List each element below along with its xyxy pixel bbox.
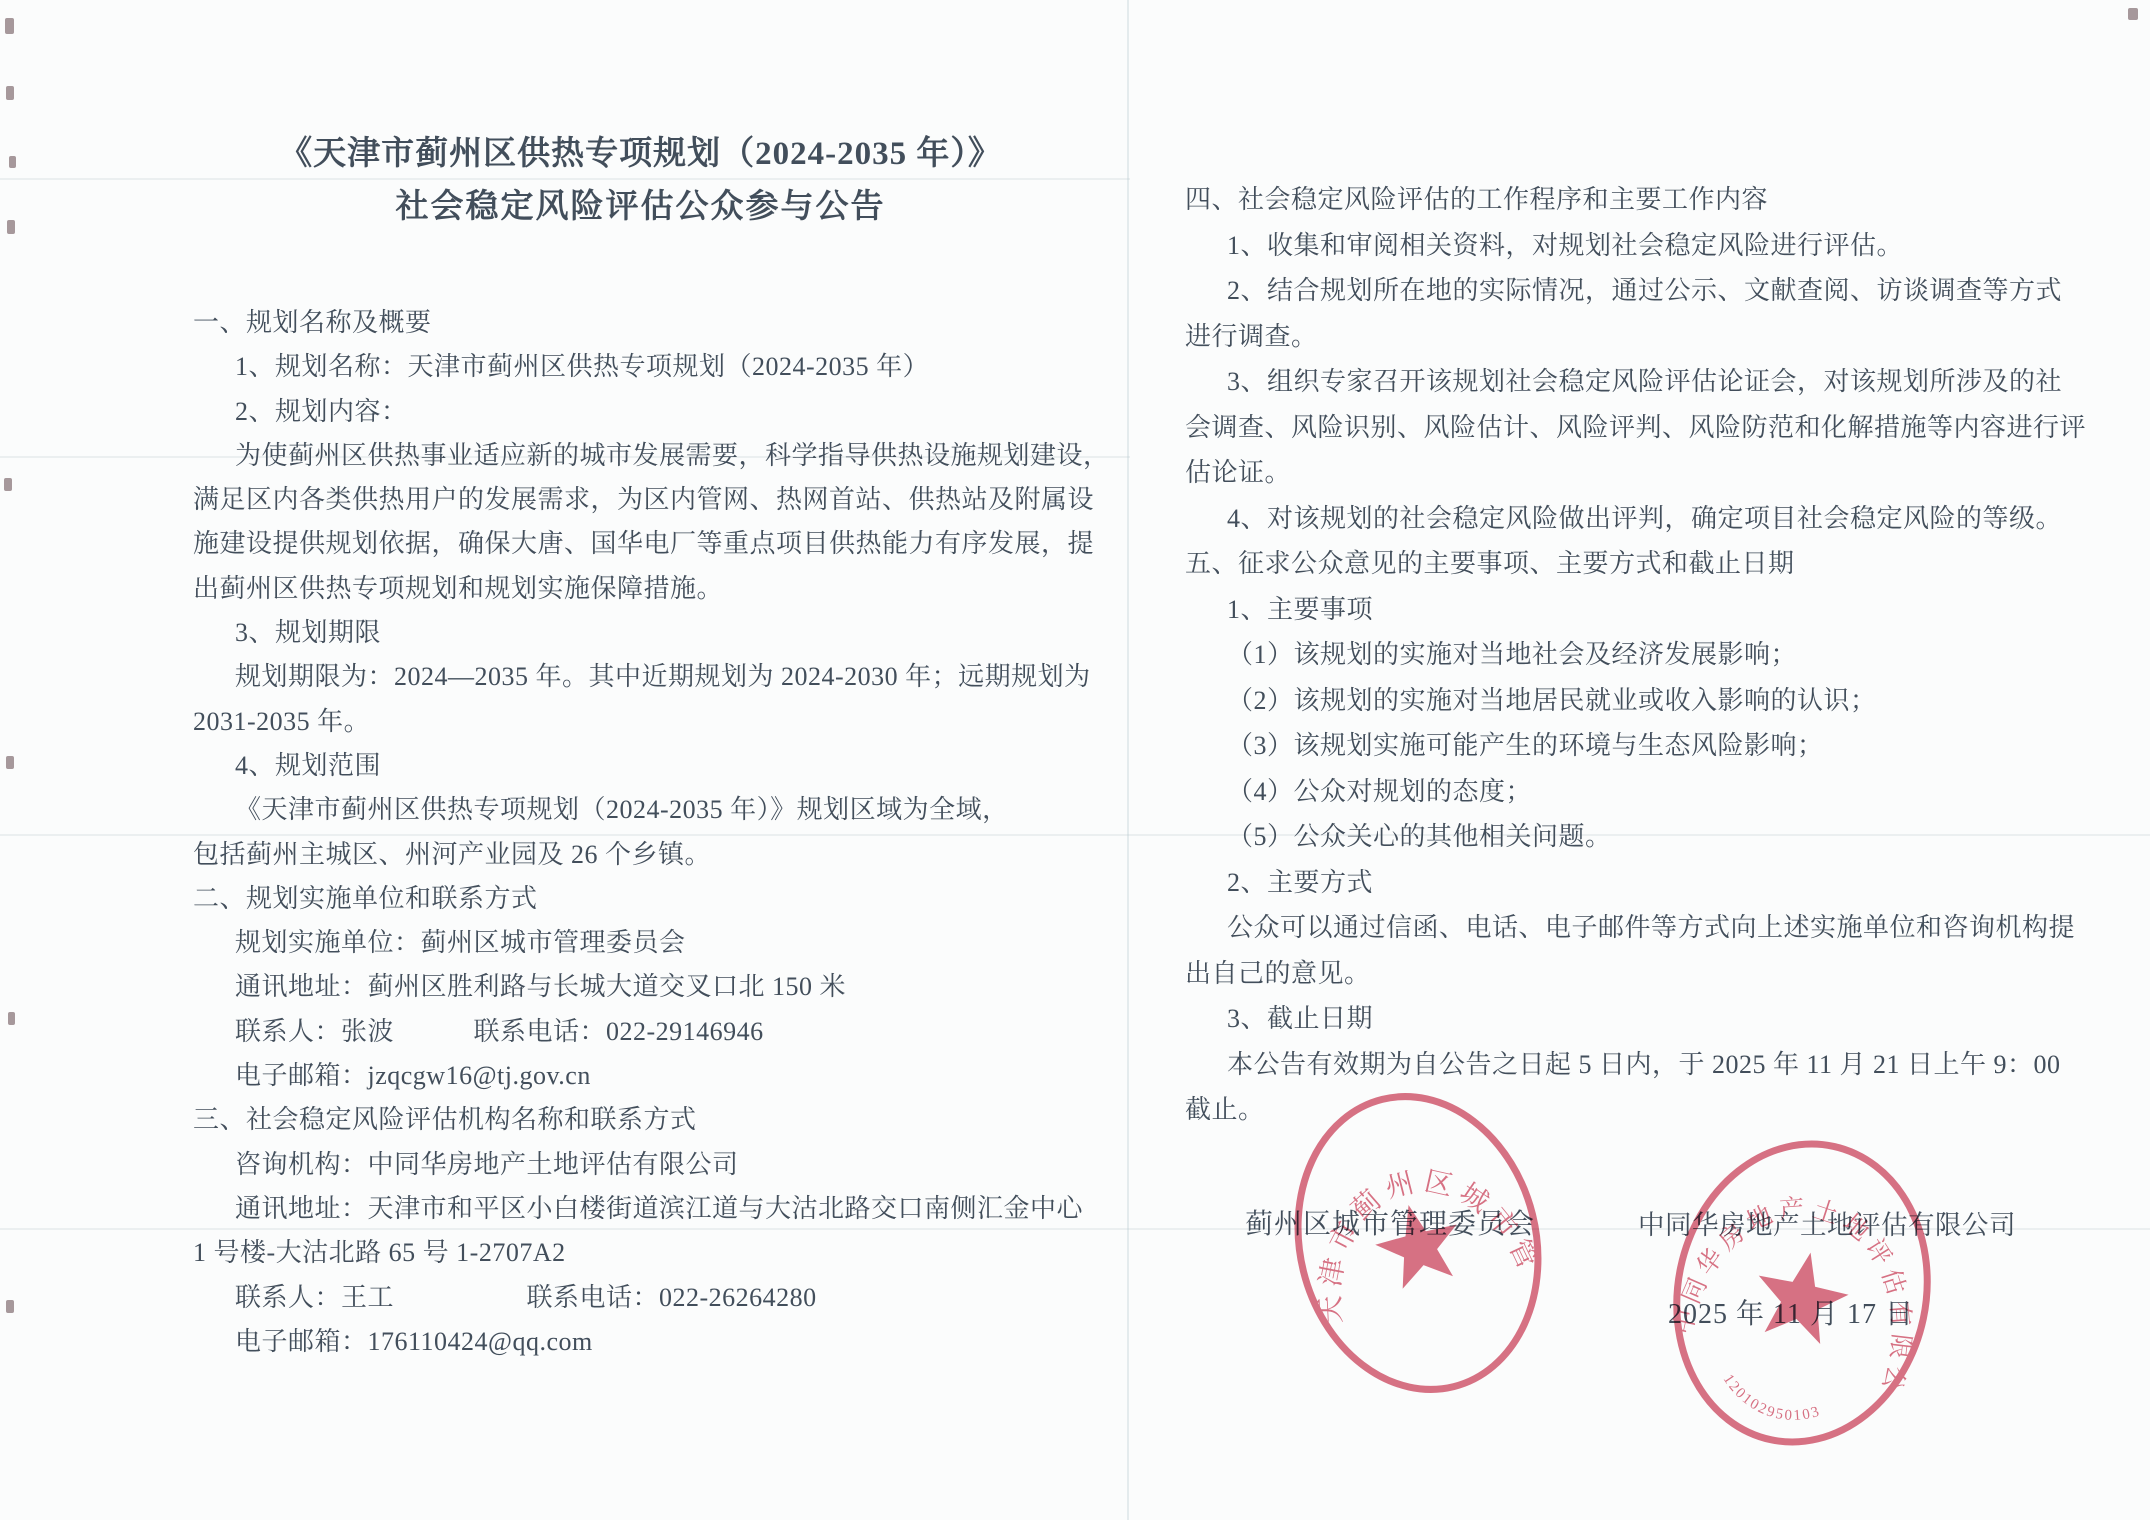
text-line: 1、主要事项	[1185, 587, 2080, 633]
stamp-ring-text: 天津市蓟州区城市管理委员会	[1268, 1078, 1548, 1342]
document-title-line1: 《天津市蓟州区供热专项规划（2024-2035 年）》	[193, 134, 1088, 174]
text-line: 一、规划名称及概要	[193, 301, 1088, 345]
text-line: 会调查、风险识别、风险估计、风险评判、风险防范和化解措施等内容进行评	[1185, 405, 2080, 451]
text-line: 《天津市蓟州区供热专项规划（2024-2035 年）》规划区域为全域，	[193, 788, 1088, 832]
text-line: 满足区内各类供热用户的发展需求，为区内管网、热网首站、供热站及附属设	[193, 478, 1088, 522]
scan-artifact	[8, 1012, 15, 1025]
scan-artifact	[5, 18, 14, 34]
text-line: 通讯地址：天津市和平区小白楼街道滨江道与大沽北路交口南侧汇金中心	[193, 1187, 1088, 1231]
text-line: 2、结合规划所在地的实际情况，通过公示、文献查阅、访谈调查等方式	[1185, 268, 2080, 314]
text-line: 通讯地址：蓟州区胜利路与长城大道交叉口北 150 米	[193, 965, 1088, 1009]
scan-artifact	[6, 1300, 14, 1313]
official-stamp-appraisal-company: 中同华房地产土地评估有限公司 120102950103	[1652, 1128, 1952, 1458]
text-line: 规划实施单位：蓟州区城市管理委员会	[193, 921, 1088, 965]
text-line: 电子邮箱：jzqcgw16@tj.gov.cn	[193, 1054, 1088, 1098]
scan-artifact	[6, 86, 14, 100]
right-column: 四、社会稳定风险评估的工作程序和主要工作内容1、收集和审阅相关资料，对规划社会稳…	[1185, 0, 2080, 1133]
scan-artifact	[7, 220, 15, 234]
right-column-text: 四、社会稳定风险评估的工作程序和主要工作内容1、收集和审阅相关资料，对规划社会稳…	[1185, 177, 2080, 1133]
text-line: 3、组织专家召开该规划社会稳定风险评估论证会，对该规划所涉及的社	[1185, 359, 2080, 405]
text-line: 2、主要方式	[1185, 860, 2080, 906]
text-line: 规划期限为：2024—2035 年。其中近期规划为 2024-2030 年；远期…	[193, 655, 1088, 699]
text-line: 电子邮箱：176110424@qq.com	[193, 1320, 1088, 1364]
text-line: 2031-2035 年。	[193, 700, 1088, 744]
left-column: 《天津市蓟州区供热专项规划（2024-2035 年）》 社会稳定风险评估公众参与…	[193, 0, 1088, 1364]
text-line: （5）公众关心的其他相关问题。	[1185, 814, 2080, 860]
text-line: 三、社会稳定风险评估机构名称和联系方式	[193, 1098, 1088, 1142]
star-icon	[1748, 1243, 1856, 1348]
text-line: 出自己的意见。	[1185, 951, 2080, 997]
scan-artifact	[2128, 8, 2138, 20]
page-fold-line	[1127, 0, 1129, 1520]
text-line: （2）该规划的实施对当地居民就业或收入影响的认识；	[1185, 678, 2080, 724]
stamp-ring-text: 中同华房地产土地评估有限公司	[1652, 1128, 1952, 1401]
text-line: （3）该规划实施可能产生的环境与生态风险影响；	[1185, 723, 2080, 769]
document-title-line2: 社会稳定风险评估公众参与公告	[193, 187, 1088, 227]
text-line: 出蓟州区供热专项规划和规划实施保障措施。	[193, 567, 1088, 611]
text-line: 进行调查。	[1185, 314, 2080, 360]
text-line: （1）该规划的实施对当地社会及经济发展影响；	[1185, 632, 2080, 678]
text-line: 公众可以通过信函、电话、电子邮件等方式向上述实施单位和咨询机构提	[1185, 905, 2080, 951]
text-line: 为使蓟州区供热事业适应新的城市发展需要，科学指导供热设施规划建设，	[193, 434, 1088, 478]
text-line: 五、征求公众意见的主要事项、主要方式和截止日期	[1185, 541, 2080, 587]
svg-text:中同华房地产土地评估有限公司: 中同华房地产土地评估有限公司	[1652, 1128, 1952, 1401]
text-line: 3、规划期限	[193, 611, 1088, 655]
text-line: 1 号楼-大沽北路 65 号 1-2707A2	[193, 1231, 1088, 1275]
text-line: 包括蓟州主城区、州河产业园及 26 个乡镇。	[193, 833, 1088, 877]
text-line: 二、规划实施单位和联系方式	[193, 877, 1088, 921]
scan-artifact	[9, 156, 16, 168]
text-line: 四、社会稳定风险评估的工作程序和主要工作内容	[1185, 177, 2080, 223]
official-stamp-city-management: 天津市蓟州区城市管理委员会	[1268, 1078, 1568, 1408]
text-line: （4）公众对规划的态度；	[1185, 769, 2080, 815]
scan-artifact	[6, 756, 14, 769]
text-line: 3、截止日期	[1185, 996, 2080, 1042]
text-line: 联系人：张波 联系电话：022-29146946	[193, 1010, 1088, 1054]
text-line: 估论证。	[1185, 450, 2080, 496]
text-line: 1、收集和审阅相关资料，对规划社会稳定风险进行评估。	[1185, 223, 2080, 269]
text-line: 4、规划范围	[193, 744, 1088, 788]
scan-artifact	[4, 478, 12, 491]
scanned-announcement-page: 《天津市蓟州区供热专项规划（2024-2035 年）》 社会稳定风险评估公众参与…	[0, 0, 2150, 1520]
text-line: 咨询机构：中同华房地产土地评估有限公司	[193, 1143, 1088, 1187]
svg-text:天津市蓟州区城市管理委员会: 天津市蓟州区城市管理委员会	[1268, 1078, 1548, 1342]
text-line: 联系人：王工 联系电话：022-26264280	[193, 1276, 1088, 1320]
text-line: 施建设提供规划依据，确保大唐、国华电厂等重点项目供热能力有序发展，提	[193, 522, 1088, 566]
text-line: 2、规划内容：	[193, 390, 1088, 434]
text-line: 1、规划名称：天津市蓟州区供热专项规划（2024-2035 年）	[193, 345, 1088, 389]
left-column-text: 一、规划名称及概要1、规划名称：天津市蓟州区供热专项规划（2024-2035 年…	[193, 301, 1088, 1364]
text-line: 4、对该规划的社会稳定风险做出评判，确定项目社会稳定风险的等级。	[1185, 496, 2080, 542]
